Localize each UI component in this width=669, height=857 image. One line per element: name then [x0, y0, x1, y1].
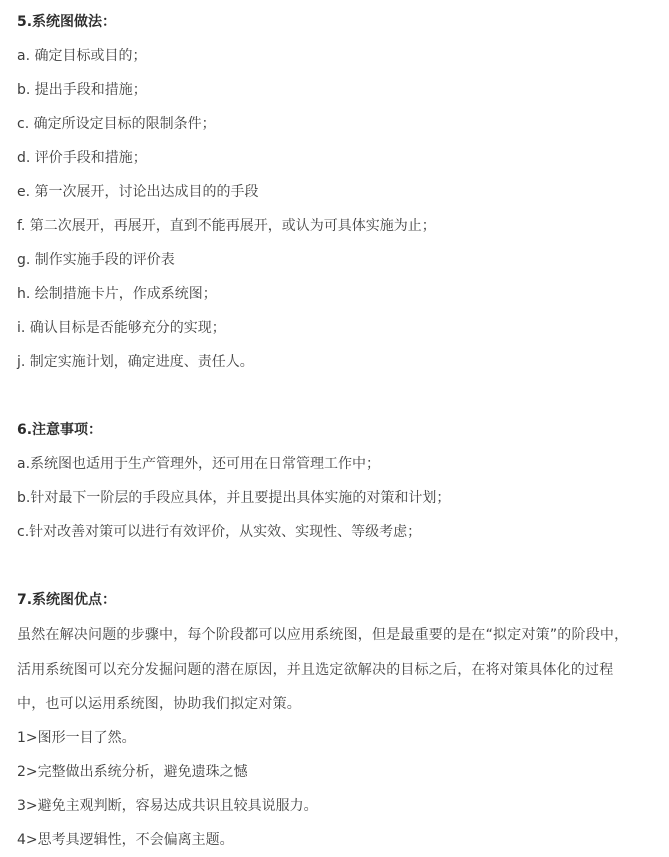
list-item: i. 确认目标是否能够充分的实现；	[17, 318, 226, 338]
list-item: 4>思考具逻辑性，不会偏离主题。	[17, 830, 234, 850]
list-item: 3>避免主观判断，容易达成共识且较具说服力。	[17, 796, 318, 816]
list-item: b. 提出手段和措施；	[17, 80, 147, 100]
list-item: e. 第一次展开，讨论出达成目的的手段	[17, 182, 259, 202]
list-item: f. 第二次展开，再展开，直到不能再展开，或认为可具体实施为止；	[17, 216, 436, 236]
section-7-heading: 7.系统图优点：	[17, 590, 116, 610]
list-item: g. 制作实施手段的评价表	[17, 250, 175, 270]
list-item: a.系统图也适用于生产管理外，还可用在日常管理工作中；	[17, 454, 380, 474]
list-item: c. 确定所设定目标的限制条件；	[17, 114, 216, 134]
section-6-heading: 6.注意事项：	[17, 420, 102, 440]
list-item: 1>图形一目了然。	[17, 728, 136, 748]
list-item: b.针对最下一阶层的手段应具体，并且要提出具体实施的对策和计划；	[17, 488, 450, 508]
list-item: a. 确定目标或目的；	[17, 46, 146, 66]
paragraph-line: 中，也可以运用系统图，协助我们拟定对策。	[17, 694, 301, 714]
article-body: 5.系统图做法： a. 确定目标或目的； b. 提出手段和措施； c. 确定所设…	[0, 0, 669, 857]
list-item: j. 制定实施计划，确定进度、责任人。	[17, 352, 254, 372]
paragraph-line: 活用系统图可以充分发掘问题的潜在原因，并且选定欲解决的目标之后，在将对策具体化的…	[17, 660, 613, 680]
section-5-heading: 5.系统图做法：	[17, 12, 116, 32]
list-item: d. 评价手段和措施；	[17, 148, 147, 168]
paragraph-line: 虽然在解决问题的步骤中，每个阶段都可以应用系统图，但是最重要的是在“拟定对策”的…	[17, 625, 628, 645]
list-item: c.针对改善对策可以进行有效评价，从实效、实现性、等级考虑；	[17, 522, 421, 542]
list-item: h. 绘制措施卡片，作成系统图；	[17, 284, 217, 304]
list-item: 2>完整做出系统分析，避免遗珠之憾	[17, 762, 248, 782]
